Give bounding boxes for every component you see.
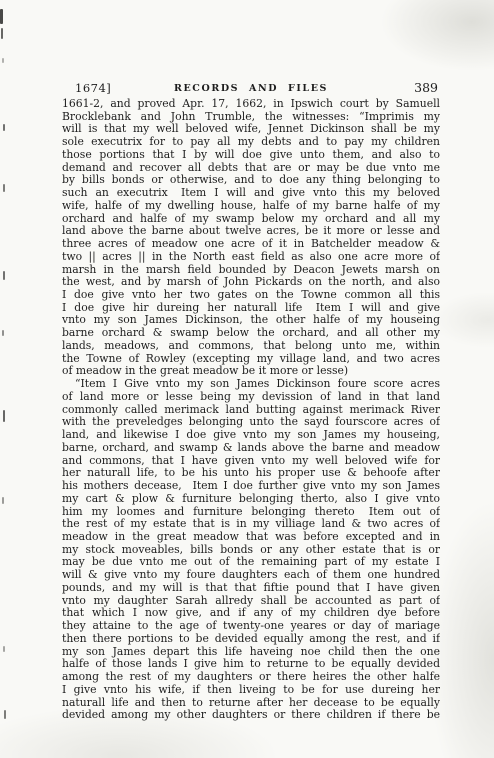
text-line: by bills bonds or otherwise, and to doe … <box>62 174 440 187</box>
scan-artifact <box>3 271 5 280</box>
document-body: 1661-2, and proved Apr. 17, 1662, in Ips… <box>62 98 440 722</box>
text-line: my son James depart this life haveing no… <box>62 646 440 659</box>
scan-artifact <box>2 497 4 504</box>
text-line: 1661-2, and proved Apr. 17, 1662, in Ips… <box>62 98 440 111</box>
text-line: will & give vnto my foure daughters each… <box>62 569 440 582</box>
text-line: barne orchard & swamp below the orchard,… <box>62 327 440 340</box>
scan-artifact <box>3 646 5 652</box>
text-line: marsh in the marsh field bounded by Deac… <box>62 264 440 277</box>
text-line: naturall life and then to returne after … <box>62 697 440 710</box>
text-line: Brocklebank and John Trumble, the witnes… <box>62 111 440 124</box>
text-line: demand and recover all debts that are or… <box>62 162 440 175</box>
text-line: I doe give hir dureing her naturall life… <box>62 302 440 315</box>
scan-artifact <box>2 58 4 63</box>
text-line: with the preveledges belonging unto the … <box>62 416 440 429</box>
scan-artifact <box>3 410 5 422</box>
text-line: land, and likewise I doe give vnto my so… <box>62 429 440 442</box>
text-line: three acres of meadow one acre of it in … <box>62 238 440 251</box>
scanned-page: 1674] RECORDS AND FILES 389 1661-2, and … <box>0 0 494 758</box>
text-line: will is that my well beloved wife, Jenne… <box>62 123 440 136</box>
scan-artifact <box>3 184 5 192</box>
text-line: commonly called merimack land butting ag… <box>62 404 440 417</box>
text-line: “Item I Give vnto my son James Dickinson… <box>62 378 440 391</box>
text-line: land above the barne about twelve acres,… <box>62 225 440 238</box>
text-line: pounds, and my will is that that fiftie … <box>62 582 440 595</box>
scan-artifact <box>4 710 6 719</box>
text-line: two || acres || in the North east field … <box>62 251 440 264</box>
text-line: meadow in the great meadow that was befo… <box>62 531 440 544</box>
header-title: RECORDS AND FILES <box>62 83 440 94</box>
scan-artifact <box>2 330 4 336</box>
text-line: my stock moveables, bills bonds or any o… <box>62 544 440 557</box>
text-line: my cart & plow & furniture belonging the… <box>62 493 440 506</box>
text-line: barne, orchard, and swamp & lands above … <box>62 442 440 455</box>
text-line: orchard and halfe of my swamp below my o… <box>62 213 440 226</box>
text-line: the west, and by marsh of John Pickards … <box>62 276 440 289</box>
text-line: his mothers decease, Item I doe further … <box>62 480 440 493</box>
scan-artifact <box>3 124 5 131</box>
text-line: her naturall life, to be his unto his pr… <box>62 467 440 480</box>
text-line: such an executrix Item I will and give v… <box>62 187 440 200</box>
text-line: of meadow in the great meadow be it more… <box>62 365 440 378</box>
text-line: may be due vnto me out of the remaining … <box>62 556 440 569</box>
text-line: vnto my son James Dickinson, the other h… <box>62 314 440 327</box>
text-line: and commons, that I have given vnto my w… <box>62 455 440 468</box>
text-line: wife, halfe of my dwelling house, halfe … <box>62 200 440 213</box>
text-line: sole executrix for to pay all my debts a… <box>62 136 440 149</box>
text-line: halfe of those lands I give him to retur… <box>62 658 440 671</box>
scan-artifact <box>1 28 3 39</box>
text-line: those portions that I by will doe give u… <box>62 149 440 162</box>
text-line: of land more or lesse being my devission… <box>62 391 440 404</box>
text-line: the Towne of Rowley (excepting my villag… <box>62 353 440 366</box>
text-line: vnto my daughter Sarah allredy shall be … <box>62 595 440 608</box>
header-page-number: 389 <box>414 80 438 95</box>
text-line: that which I now give, and if any of my … <box>62 607 440 620</box>
scan-artifact <box>0 9 3 24</box>
text-line: him my loomes and furniture belonging th… <box>62 506 440 519</box>
text-line: devided among my other daughters or ther… <box>62 709 440 722</box>
text-line: I doe give vnto her two gates on the Tow… <box>62 289 440 302</box>
text-line: the rest of my estate that is in my vill… <box>62 518 440 531</box>
text-line: among the rest of my daughters or there … <box>62 671 440 684</box>
text-line: then there portions to be devided equall… <box>62 633 440 646</box>
text-line: they attaine to the age of twenty-one ye… <box>62 620 440 633</box>
text-line: lands, meadows, and commons, that belong… <box>62 340 440 353</box>
text-line: I give vnto his wife, if then liveing to… <box>62 684 440 697</box>
page-header: 1674] RECORDS AND FILES 389 <box>62 80 440 96</box>
